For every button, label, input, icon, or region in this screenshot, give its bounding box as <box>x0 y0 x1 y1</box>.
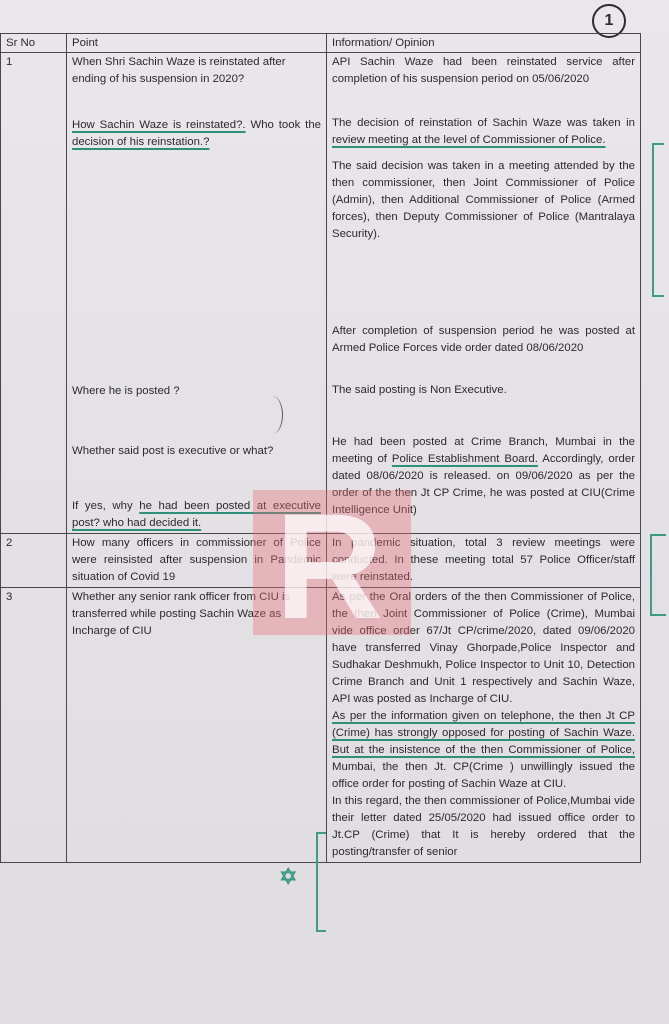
underlined-text: How Sachin Waze is reinstated?. <box>72 119 246 131</box>
table-header-row: Sr No Point Information/ Opinion <box>1 34 641 53</box>
sr-no-cell: 1 <box>1 53 67 534</box>
info-text: In this regard, the then commissioner of… <box>332 793 635 861</box>
header-point: Point <box>67 34 327 53</box>
info-text: As per the Oral orders of the then Commi… <box>332 589 635 708</box>
info-text: The said posting is Non Executive. <box>332 382 635 399</box>
information-cell: As per the Oral orders of the then Commi… <box>327 588 641 863</box>
underlined-text: decision of his reinstation.? <box>72 136 209 148</box>
point-text: Whether any senior rank officer from CIU… <box>72 589 321 640</box>
point-cell: Whether any senior rank officer from CIU… <box>67 588 327 863</box>
table-row: 3 Whether any senior rank officer from C… <box>1 588 641 863</box>
scanned-document-page: 1 Sr No Point Information/ Opinion 1 Whe… <box>0 0 669 1024</box>
point-text: How many officers in commissioner of Pol… <box>72 535 321 586</box>
info-text-part: Mumbai, the then Jt. CP(Crime ) unwillin… <box>332 761 635 790</box>
point-text-part: If yes, why <box>72 500 139 512</box>
header-information: Information/ Opinion <box>327 34 641 53</box>
margin-bracket-annotation <box>316 832 326 932</box>
header-sr-no: Sr No <box>1 34 67 53</box>
info-text: He had been posted at Crime Branch, Mumb… <box>332 434 635 519</box>
point-text: If yes, why he had been posted at execut… <box>72 498 321 532</box>
point-cell: How many officers in commissioner of Pol… <box>67 534 327 588</box>
point-text-part: Who took the <box>246 119 321 131</box>
sr-no-cell: 3 <box>1 588 67 863</box>
information-cell: API Sachin Waze had been reinstated serv… <box>327 53 641 534</box>
table-row: 2 How many officers in commissioner of P… <box>1 534 641 588</box>
point-text: Where he is posted ? <box>72 383 321 400</box>
info-text: As per the information given on telephon… <box>332 708 635 793</box>
table-row: 1 When Shri Sachin Waze is reinstated af… <box>1 53 641 534</box>
underlined-text: Police Establishment Board. <box>392 453 538 465</box>
info-text: In pandemic situation, total 3 review me… <box>332 535 635 586</box>
underlined-text: As per the information given on telephon… <box>332 710 635 756</box>
point-text: Whether said post is executive or what? <box>72 443 321 460</box>
point-text: How Sachin Waze is reinstated?. Who took… <box>72 117 321 151</box>
margin-bracket-annotation <box>650 534 666 616</box>
info-text: After completion of suspension period he… <box>332 323 635 357</box>
information-table: Sr No Point Information/ Opinion 1 When … <box>0 33 641 863</box>
underlined-text: review meeting at the level of Commissio… <box>332 134 606 146</box>
info-text: The decision of reinstation of Sachin Wa… <box>332 115 635 149</box>
info-text-part: The decision of reinstation of Sachin Wa… <box>332 117 635 129</box>
info-text: API Sachin Waze had been reinstated serv… <box>332 54 635 88</box>
information-cell: In pandemic situation, total 3 review me… <box>327 534 641 588</box>
margin-bracket-annotation <box>652 143 664 297</box>
star-mark-icon: ✡ <box>279 864 297 890</box>
point-text: When Shri Sachin Waze is reinstated afte… <box>72 54 321 88</box>
pencil-mark <box>262 396 283 434</box>
info-text: The said decision was taken in a meeting… <box>332 158 635 243</box>
point-cell: When Shri Sachin Waze is reinstated afte… <box>67 53 327 534</box>
sr-no-cell: 2 <box>1 534 67 588</box>
